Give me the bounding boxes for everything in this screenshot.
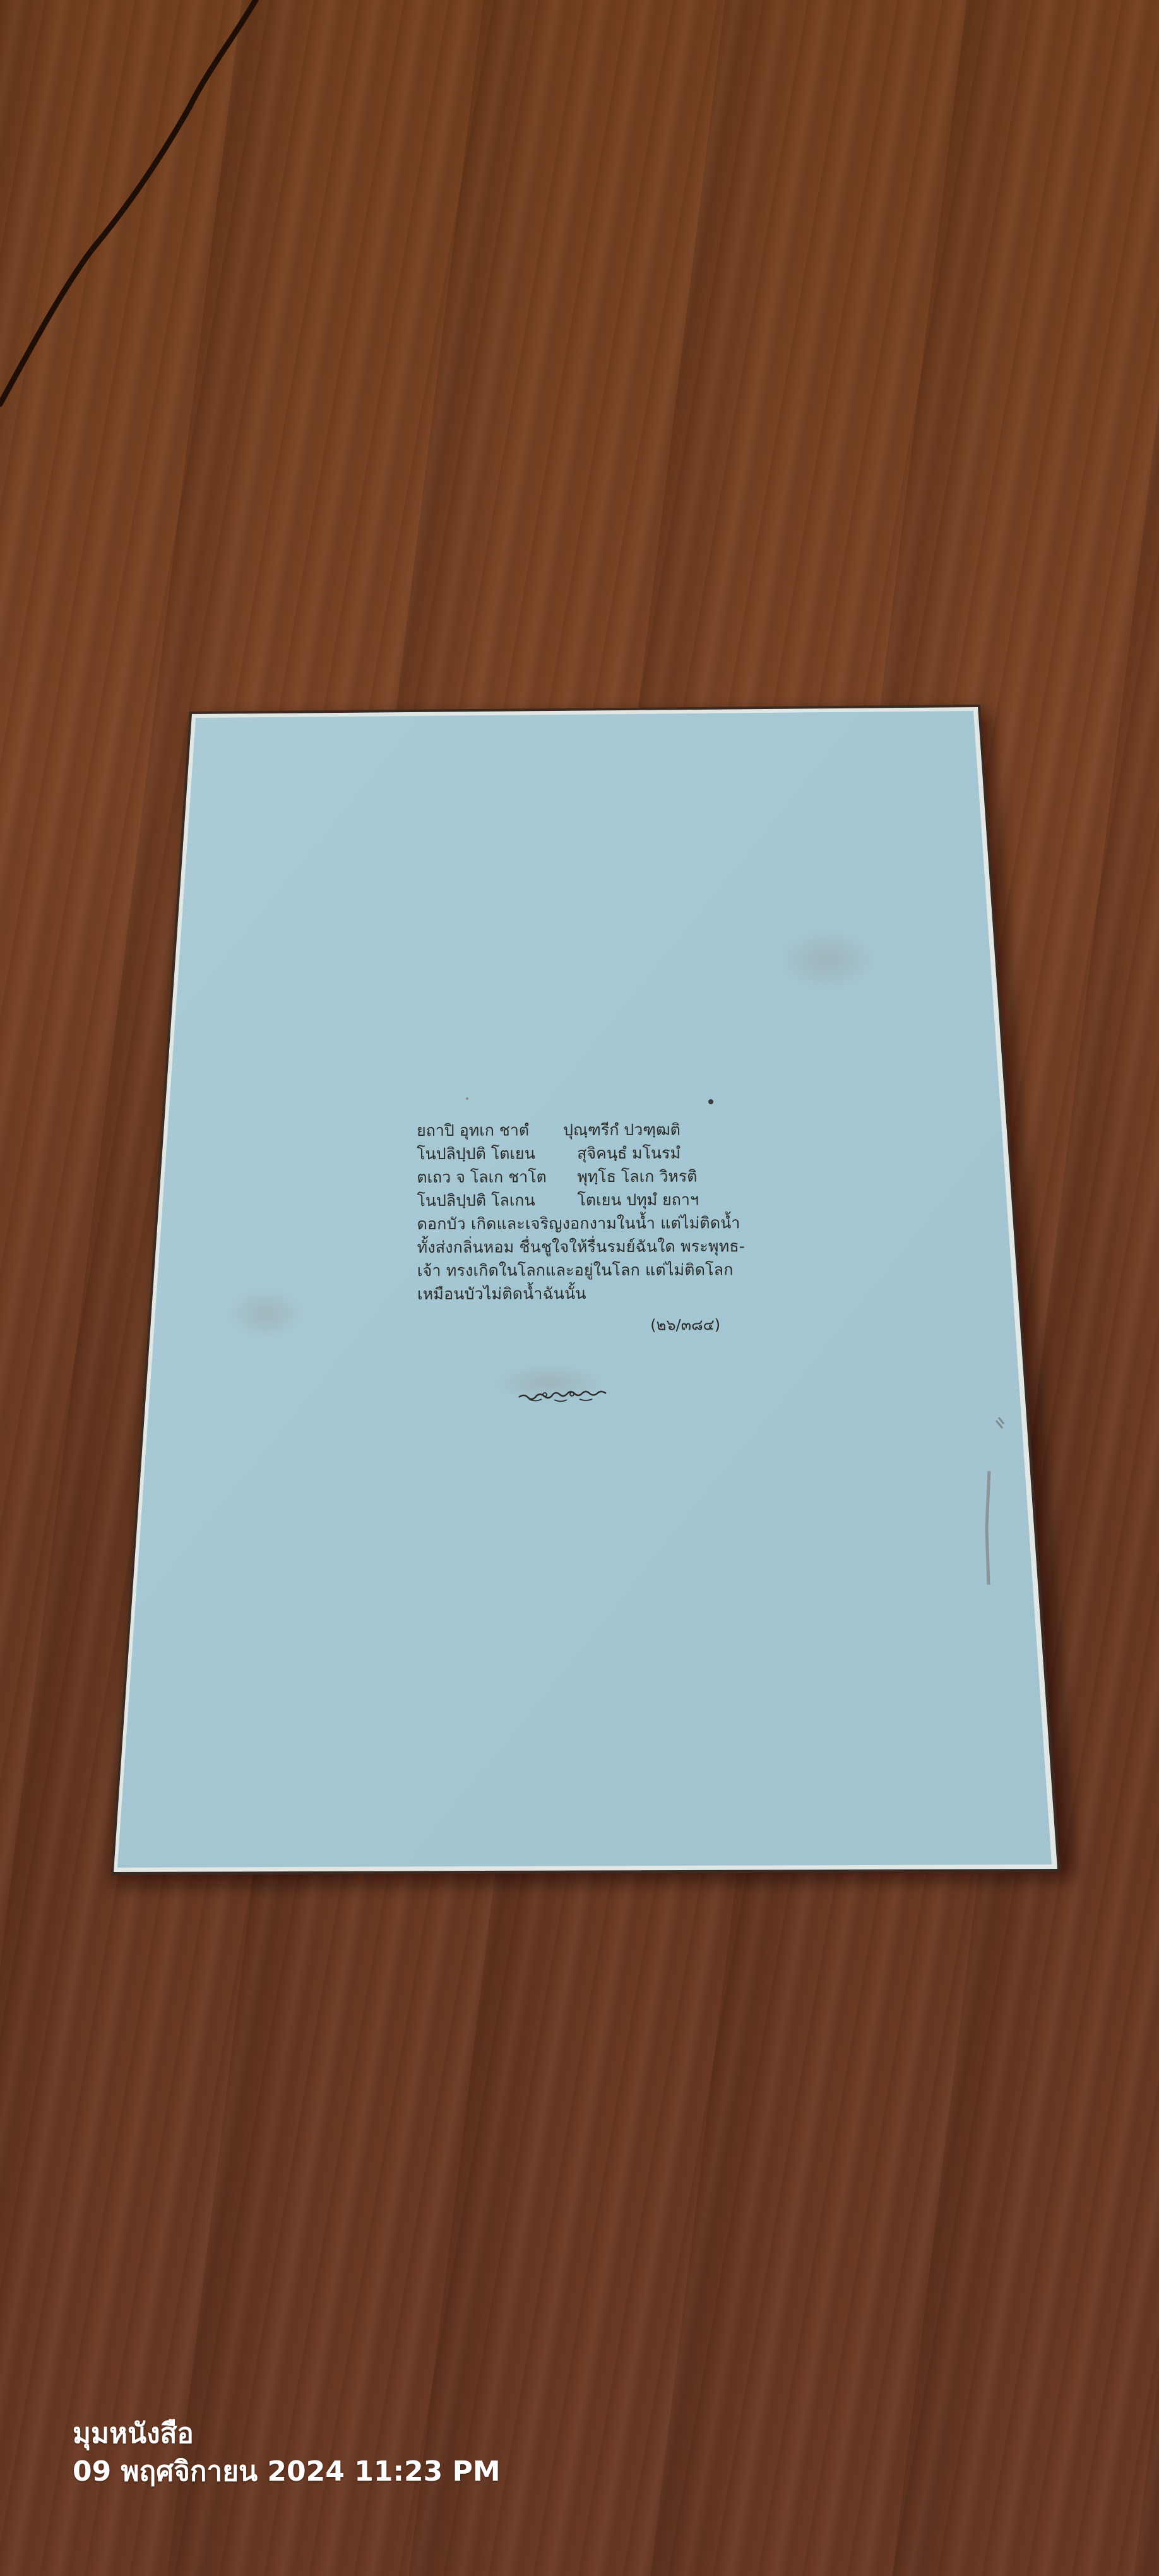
verse-line-right: พุทฺโธ โลเก วิหรติ [563, 1164, 745, 1188]
cover-text-block: ยถาปิ อุทเก ชาตํ ปุณฺฑรีกํ ปวฑฺฒติ โนปลิ… [417, 1118, 746, 1338]
prose-line: ทั้งส่งกลิ่นหอม ชื่นชูใจให้รื่นรมย์ฉันใด… [417, 1234, 746, 1259]
verse-line-left: โนปลิปฺปติ โตเยน [417, 1142, 563, 1166]
prose-line: ดอกบัว เกิดและเจริญงอกงามในน้ำ แต่ไม่ติด… [417, 1211, 746, 1236]
scripture-citation: (๒๖/๓๘๔) [417, 1313, 746, 1338]
verse-line: โนปลิปฺปติ โตเยน สุจิคนฺธํ มโนรมํ [417, 1141, 745, 1166]
watermark-datetime: 09 พฤศจิกายน 2024 11:23 PM [73, 2453, 501, 2491]
thai-translation: ดอกบัว เกิดและเจริญงอกงามในน้ำ แต่ไม่ติด… [417, 1211, 746, 1306]
pali-verse: ยถาปิ อุทเก ชาตํ ปุณฺฑรีกํ ปวฑฺฒติ โนปลิ… [417, 1118, 746, 1212]
photo-watermark: มุมหนังสือ 09 พฤศจิกายน 2024 11:23 PM [73, 2415, 501, 2491]
decorative-flourish-icon [516, 1390, 611, 1404]
verse-line-right: ปุณฺฑรีกํ ปวฑฺฒติ [563, 1118, 745, 1142]
verse-line-left: ยถาปิ อุทเก ชาตํ [417, 1118, 563, 1142]
verse-line: ยถาปิ อุทเก ชาตํ ปุณฺฑรีกํ ปวฑฺฒติ [417, 1118, 745, 1142]
verse-line-left: โนปลิปฺปติ โลเกน [417, 1188, 563, 1212]
verse-line: โนปลิปฺปติ โลเกน โตเยน ปทุมํ ยถาฯ [417, 1188, 745, 1212]
prose-line: เหมือนบัวไม่ติดน้ำฉันนั้น [417, 1281, 746, 1306]
verse-line-left: ตเถว จ โลเก ชาโต [417, 1165, 563, 1189]
verse-line: ตเถว จ โลเก ชาโต พุทฺโธ โลเก วิหรติ [417, 1164, 745, 1189]
verse-line-right: สุจิคนฺธํ มโนรมํ [563, 1141, 745, 1165]
prose-line: เจ้า ทรงเกิดในโลกและอยู่ในโลก แต่ไม่ติดโ… [417, 1258, 746, 1282]
verse-line-right: โตเยน ปทุมํ ยถาฯ [563, 1188, 745, 1212]
watermark-title: มุมหนังสือ [73, 2415, 501, 2453]
